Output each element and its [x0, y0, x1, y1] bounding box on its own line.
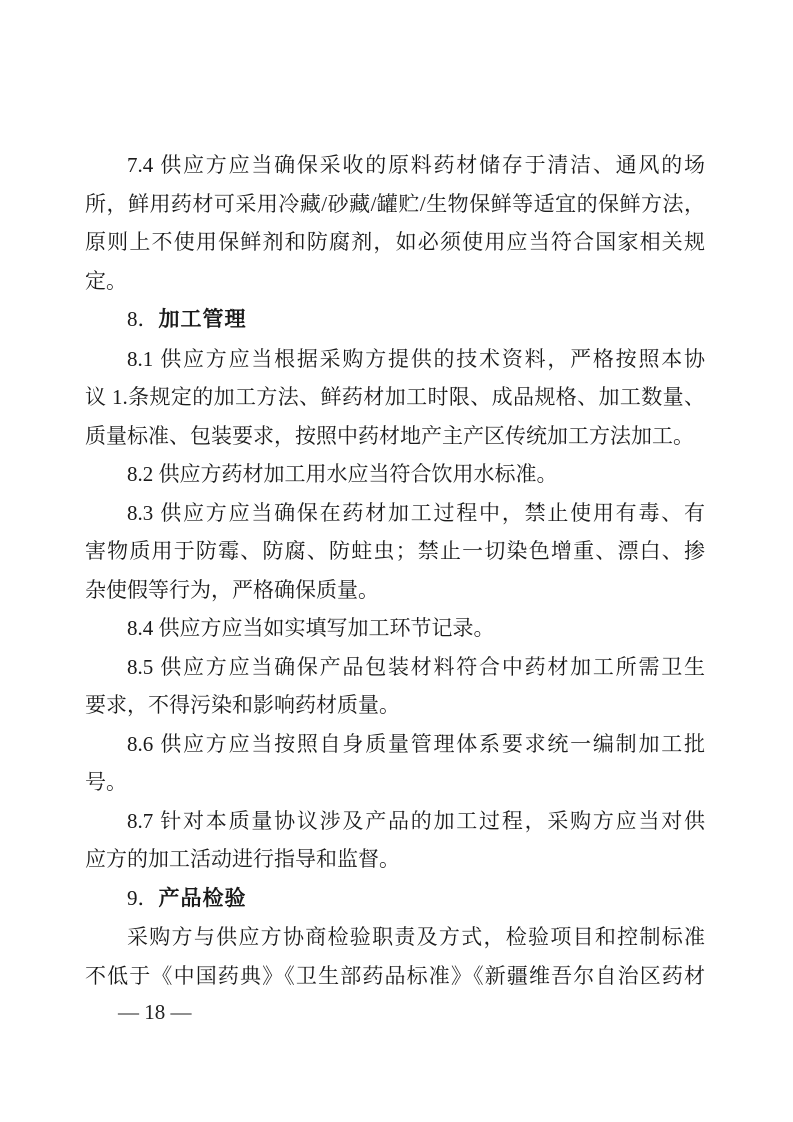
text-line: 号。	[85, 763, 705, 802]
text-line: 8.7 针对本质量协议涉及产品的加工过程，采购方应当对供	[85, 802, 705, 841]
page-number: — 18 —	[118, 993, 192, 1032]
section-heading: 9．产品检验	[85, 879, 705, 919]
paragraph-8.7: 8.7 针对本质量协议涉及产品的加工过程，采购方应当对供应方的加工活动进行指导和…	[85, 802, 705, 879]
text-line: 8.6 供应方应当按照自身质量管理体系要求统一编制加工批	[85, 725, 705, 764]
text-line: 质量标准、包装要求，按照中药材地产主产区传统加工方法加工。	[85, 417, 705, 456]
document-body: 7.4 供应方应当确保采收的原料药材储存于清洁、通风的场所，鲜用药材可采用冷藏/…	[85, 146, 705, 995]
paragraph-8.2: 8.2 供应方药材加工用水应当符合饮用水标准。	[85, 455, 705, 494]
text-line: 定。	[85, 262, 705, 301]
text-line: 7.4 供应方应当确保采收的原料药材储存于清洁、通风的场	[85, 146, 705, 185]
text-line: 原则上不使用保鲜剂和防腐剂，如必须使用应当符合国家相关规	[85, 223, 705, 262]
text-line: 8.5 供应方应当确保产品包装材料符合中药材加工所需卫生	[85, 648, 705, 687]
text-line: 议 1.条规定的加工方法、鲜药材加工时限、成品规格、加工数量、	[85, 378, 705, 417]
paragraph-8.6: 8.6 供应方应当按照自身质量管理体系要求统一编制加工批号。	[85, 725, 705, 802]
text-line: 杂使假等行为，严格确保质量。	[85, 571, 705, 610]
paragraph-8.4: 8.4 供应方应当如实填写加工环节记录。	[85, 609, 705, 648]
paragraph-8.3: 8.3 供应方应当确保在药材加工过程中，禁止使用有毒、有害物质用于防霉、防腐、防…	[85, 494, 705, 610]
text-line: 害物质用于防霉、防腐、防蛀虫；禁止一切染色增重、漂白、掺	[85, 532, 705, 571]
text-line: 应方的加工活动进行指导和监督。	[85, 840, 705, 879]
document-page: 7.4 供应方应当确保采收的原料药材储存于清洁、通风的场所，鲜用药材可采用冷藏/…	[0, 0, 793, 1122]
text-line: 8.1 供应方应当根据采购方提供的技术资料，严格按照本协	[85, 340, 705, 379]
paragraph-7.4: 7.4 供应方应当确保采收的原料药材储存于清洁、通风的场所，鲜用药材可采用冷藏/…	[85, 146, 705, 300]
section-number: 8．	[127, 307, 159, 331]
section-title: 产品检验	[159, 887, 247, 910]
text-line: 所，鲜用药材可采用冷藏/砂藏/罐贮/生物保鲜等适宜的保鲜方法，	[85, 185, 705, 224]
paragraph-9-body: 采购方与供应方协商检验职责及方式，检验项目和控制标准不低于《中国药典》《卫生部药…	[85, 918, 705, 995]
paragraph-8.1: 8.1 供应方应当根据采购方提供的技术资料，严格按照本协议 1.条规定的加工方法…	[85, 340, 705, 456]
section-heading: 8．加工管理	[85, 300, 705, 340]
text-line: 8.4 供应方应当如实填写加工环节记录。	[85, 609, 705, 648]
text-line: 8.2 供应方药材加工用水应当符合饮用水标准。	[85, 455, 705, 494]
section-number: 9．	[127, 886, 159, 910]
text-line: 8.3 供应方应当确保在药材加工过程中，禁止使用有毒、有	[85, 494, 705, 533]
text-line: 要求，不得污染和影响药材质量。	[85, 686, 705, 725]
text-line: 采购方与供应方协商检验职责及方式，检验项目和控制标准	[85, 918, 705, 957]
section-title: 加工管理	[159, 308, 247, 331]
text-line: 不低于《中国药典》《卫生部药品标准》《新疆维吾尔自治区药材	[85, 957, 705, 996]
paragraph-8.5: 8.5 供应方应当确保产品包装材料符合中药材加工所需卫生要求，不得污染和影响药材…	[85, 648, 705, 725]
